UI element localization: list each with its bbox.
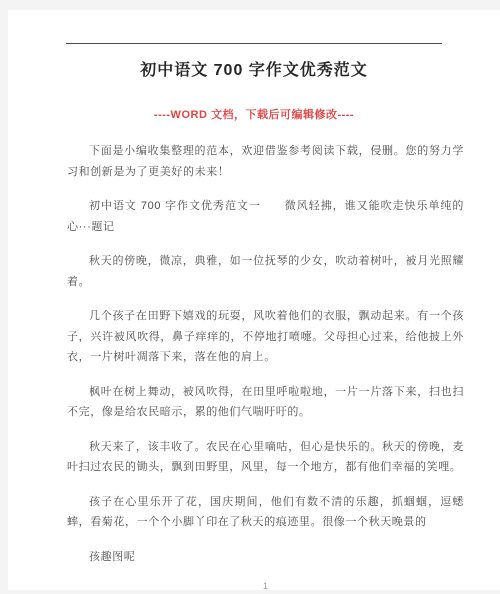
paragraph: 秋天的傍晚，微凉，典雅，如一位抚琴的少女，吹动着树叶，被月光照耀着。 <box>67 251 464 292</box>
document-title: 初中语文 700 字作文优秀范文 <box>8 57 500 80</box>
document-page: 初中语文 700 字作文优秀范文 ----WORD 文档，下载后可编辑修改---… <box>8 10 500 590</box>
page-number: 1 <box>67 581 464 591</box>
paragraph: 枫叶在树上舞动，被风吹得，在田里呼啦啦地，一片一片落下来，扫也扫不完，像是给农民… <box>67 382 464 423</box>
document-body: 下面是小编收集整理的范本，欢迎借鉴参考阅读下载，侵删。您的努力学习和创新是为了更… <box>8 122 500 591</box>
paragraph: 秋天来了，该丰收了。农民在心里嘀咕，但心是快乐的。秋天的傍晚，麦叶扫过农民的锄头… <box>67 437 464 478</box>
word-edit-notice: ----WORD 文档，下载后可编辑修改---- <box>8 106 500 122</box>
paragraph: 孩趣图呢 <box>67 547 464 568</box>
paragraph: 初中语文 700 字作文优秀范文一 微风轻拂，谁又能吹走快乐单纯的心···题记 <box>67 196 464 237</box>
paragraph: 几个孩子在田野下嬉戏的玩耍，风吹着他们的衣服，飘动起来。有一个孩子，兴许被风吹得… <box>67 306 464 368</box>
header-rule <box>66 43 442 44</box>
paragraph: 孩子在心里乐开了花，国庆期间，他们有数不清的乐趣，抓蝈蝈，逗蟋蟀，看菊花，一个个… <box>67 492 464 533</box>
paragraph: 下面是小编收集整理的范本，欢迎借鉴参考阅读下载，侵删。您的努力学习和创新是为了更… <box>67 141 464 182</box>
